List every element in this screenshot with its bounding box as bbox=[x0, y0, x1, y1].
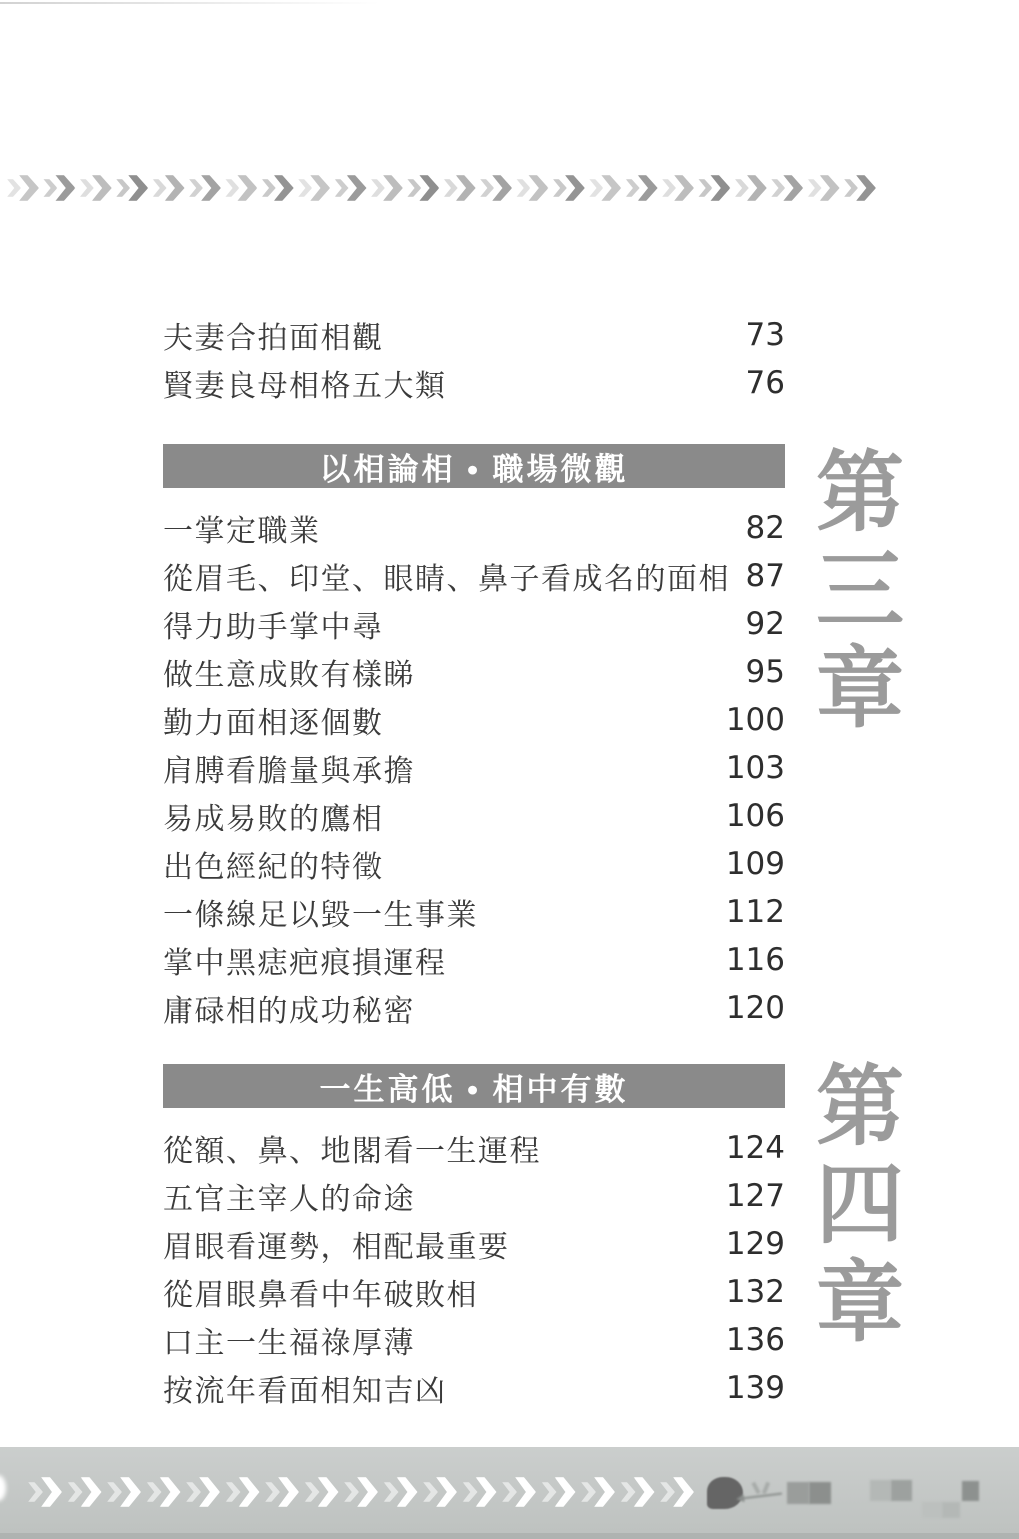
toc-row: 從眉眼鼻看中年破敗相132 bbox=[163, 1268, 785, 1316]
chevron-arrow-icon bbox=[334, 170, 370, 206]
chevron-arrow-icon bbox=[619, 1469, 659, 1515]
decorative-arrow-band-bottom bbox=[26, 1469, 706, 1515]
watermark-glyph-smudge bbox=[962, 1481, 979, 1501]
chevron-arrow-icon bbox=[303, 1469, 343, 1515]
toc-row: 一掌定職業82 bbox=[163, 504, 785, 552]
watermark-glyph-smudge bbox=[964, 1505, 977, 1523]
chapter-label-char: 章 bbox=[810, 1254, 910, 1352]
chevron-arrow-icon bbox=[500, 1469, 540, 1515]
toc-entry-page-number: 106 bbox=[726, 798, 785, 834]
toc-entry-title: 掌中黑痣疤痕損運程 bbox=[163, 938, 447, 982]
chevron-arrow-icon bbox=[6, 170, 42, 206]
chevron-arrow-icon bbox=[184, 1469, 224, 1515]
toc-row: 口主一生福祿厚薄136 bbox=[163, 1316, 785, 1364]
chevron-arrow-icon bbox=[261, 170, 297, 206]
toc-row: 按流年看面相知吉凶139 bbox=[163, 1364, 785, 1412]
watermark-pixel-block bbox=[870, 1480, 891, 1501]
chapter-label-char: 三 bbox=[810, 542, 910, 640]
chapter-label-char: 第 bbox=[810, 1058, 910, 1156]
chevron-arrow-icon bbox=[421, 1469, 461, 1515]
watermark-tick-mark bbox=[751, 1482, 760, 1494]
toc-row: 賢妻良母相格五大類76 bbox=[163, 359, 785, 407]
toc-row: 得力助手掌中尋92 bbox=[163, 600, 785, 648]
toc-section-header: 以相論相 • 職場微觀 bbox=[163, 444, 785, 488]
toc-entry-page-number: 92 bbox=[746, 606, 785, 642]
toc-intro-rows: 夫妻合拍面相觀73賢妻良母相格五大類76 bbox=[163, 311, 785, 407]
chevron-arrow-icon bbox=[734, 170, 770, 206]
chevron-arrow-icon bbox=[807, 170, 843, 206]
chapter-3-vertical-label: 第三章 bbox=[810, 444, 910, 738]
toc-entry-page-number: 73 bbox=[746, 317, 785, 353]
toc-entry-page-number: 87 bbox=[746, 558, 785, 594]
toc-row: 出色經紀的特徵109 bbox=[163, 840, 785, 888]
toc-entry-page-number: 120 bbox=[726, 990, 785, 1026]
toc-entry-title: 口主一生福祿厚薄 bbox=[163, 1318, 415, 1362]
blurred-watermark bbox=[690, 1447, 1019, 1539]
toc-row: 庸碌相的成功秘密120 bbox=[163, 984, 785, 1032]
watermark-pixel-block bbox=[787, 1482, 809, 1504]
toc-row: 一條線足以毀一生事業112 bbox=[163, 888, 785, 936]
toc-entry-page-number: 82 bbox=[746, 510, 785, 546]
toc-row: 從額、鼻、地閣看一生運程124 bbox=[163, 1124, 785, 1172]
toc-section: 一生高低 • 相中有數從額、鼻、地閣看一生運程124五官主宰人的命途127眉眼看… bbox=[163, 1064, 785, 1412]
toc-row: 肩膊看膽量與承擔103 bbox=[163, 744, 785, 792]
watermark-tick-mark bbox=[762, 1482, 770, 1495]
chevron-arrow-icon bbox=[26, 1469, 66, 1515]
toc-entry-title: 一條線足以毀一生事業 bbox=[163, 890, 478, 934]
chevron-arrow-icon bbox=[625, 170, 661, 206]
chevron-arrow-icon bbox=[188, 170, 224, 206]
book-toc-page: 夫妻合拍面相觀73賢妻良母相格五大類76 以相論相 • 職場微觀一掌定職業82從… bbox=[0, 0, 1019, 1539]
toc-entry-title: 按流年看面相知吉凶 bbox=[163, 1366, 447, 1410]
toc-row: 眉眼看運勢，相配最重要129 bbox=[163, 1220, 785, 1268]
toc-entry-title: 勤力面相逐個數 bbox=[163, 698, 384, 742]
toc-row: 從眉毛、印堂、眼睛、鼻子看成名的面相87 bbox=[163, 552, 785, 600]
chevron-arrow-icon bbox=[224, 170, 260, 206]
toc-entry-title: 肩膊看膽量與承擔 bbox=[163, 746, 415, 790]
watermark-pixel-block bbox=[942, 1502, 960, 1518]
toc-entry-title: 庸碌相的成功秘密 bbox=[163, 986, 415, 1030]
chevron-arrow-icon bbox=[145, 1469, 185, 1515]
toc-entry-title: 得力助手掌中尋 bbox=[163, 602, 384, 646]
toc-entry-title: 賢妻良母相格五大類 bbox=[163, 361, 447, 405]
chevron-arrow-icon bbox=[342, 1469, 382, 1515]
chevron-arrow-icon bbox=[297, 170, 333, 206]
chevron-arrow-icon bbox=[515, 170, 551, 206]
toc-row: 五官主宰人的命途127 bbox=[163, 1172, 785, 1220]
toc-section: 以相論相 • 職場微觀一掌定職業82從眉毛、印堂、眼睛、鼻子看成名的面相87得力… bbox=[163, 444, 785, 1032]
toc-entry-title: 五官主宰人的命途 bbox=[163, 1174, 415, 1218]
toc-entry-title: 從眉毛、印堂、眼睛、鼻子看成名的面相 bbox=[163, 554, 730, 598]
chapter-4-vertical-label: 第四章 bbox=[810, 1058, 910, 1352]
chevron-arrow-icon bbox=[770, 170, 806, 206]
chevron-arrow-icon bbox=[588, 170, 624, 206]
chevron-arrow-icon bbox=[79, 170, 115, 206]
decorative-arrow-band-top bbox=[6, 170, 886, 206]
toc-row: 易成易敗的鷹相106 bbox=[163, 792, 785, 840]
toc-entry-page-number: 116 bbox=[726, 942, 785, 978]
chevron-arrow-icon bbox=[579, 1469, 619, 1515]
toc-entry-title: 做生意成敗有樣睇 bbox=[163, 650, 415, 694]
toc-entry-title: 出色經紀的特徵 bbox=[163, 842, 384, 886]
chevron-arrow-icon bbox=[461, 1469, 501, 1515]
toc-row: 掌中黑痣疤痕損運程116 bbox=[163, 936, 785, 984]
chevron-arrow-icon bbox=[224, 1469, 264, 1515]
toc-entry-page-number: 124 bbox=[726, 1130, 785, 1166]
toc-entry-title: 眉眼看運勢，相配最重要 bbox=[163, 1222, 510, 1266]
chevron-arrow-icon bbox=[552, 170, 588, 206]
toc-entry-page-number: 127 bbox=[726, 1178, 785, 1214]
watermark-pixel-block bbox=[891, 1480, 912, 1501]
toc-entry-page-number: 136 bbox=[726, 1322, 785, 1358]
chevron-arrow-icon bbox=[42, 170, 78, 206]
toc-entry-page-number: 109 bbox=[726, 846, 785, 882]
toc-entry-page-number: 100 bbox=[726, 702, 785, 738]
toc-entry-page-number: 129 bbox=[726, 1226, 785, 1262]
chevron-arrow-icon bbox=[152, 170, 188, 206]
chevron-arrow-icon bbox=[370, 170, 406, 206]
chapter-label-char: 章 bbox=[810, 640, 910, 738]
chevron-arrow-icon bbox=[406, 170, 442, 206]
toc-entry-title: 一掌定職業 bbox=[163, 506, 321, 550]
chapter-label-char: 第 bbox=[810, 444, 910, 542]
chevron-arrow-icon bbox=[479, 170, 515, 206]
toc-entry-page-number: 139 bbox=[726, 1370, 785, 1406]
toc-entry-title: 夫妻合拍面相觀 bbox=[163, 313, 384, 357]
chevron-arrow-icon bbox=[382, 1469, 422, 1515]
watermark-dart-icon bbox=[742, 1493, 782, 1500]
toc-entry-title: 從眉眼鼻看中年破敗相 bbox=[163, 1270, 478, 1314]
chevron-arrow-icon bbox=[115, 170, 151, 206]
chevron-arrow-icon bbox=[263, 1469, 303, 1515]
chevron-arrow-icon bbox=[843, 170, 879, 206]
toc-row: 做生意成敗有樣睇95 bbox=[163, 648, 785, 696]
watermark-pixel-block bbox=[809, 1482, 831, 1504]
watermark-blob bbox=[0, 1475, 6, 1501]
chapter-label-char: 四 bbox=[810, 1156, 910, 1254]
chevron-arrow-icon bbox=[66, 1469, 106, 1515]
toc-section-header: 一生高低 • 相中有數 bbox=[163, 1064, 785, 1108]
toc-row: 勤力面相逐個數100 bbox=[163, 696, 785, 744]
chevron-arrow-icon bbox=[697, 170, 733, 206]
toc-sections: 以相論相 • 職場微觀一掌定職業82從眉毛、印堂、眼睛、鼻子看成名的面相87得力… bbox=[163, 444, 785, 1444]
chevron-arrow-icon bbox=[661, 170, 697, 206]
toc-row: 夫妻合拍面相觀73 bbox=[163, 311, 785, 359]
watermark-bubble-icon bbox=[707, 1477, 743, 1509]
scan-edge-hairline bbox=[0, 2, 380, 4]
toc-entry-page-number: 103 bbox=[726, 750, 785, 786]
toc-entry-page-number: 76 bbox=[746, 365, 785, 401]
watermark-pixel-block bbox=[922, 1502, 942, 1518]
chevron-arrow-icon bbox=[105, 1469, 145, 1515]
toc-entry-title: 從額、鼻、地閣看一生運程 bbox=[163, 1126, 541, 1170]
chevron-arrow-icon bbox=[540, 1469, 580, 1515]
toc-entry-page-number: 132 bbox=[726, 1274, 785, 1310]
toc-entry-page-number: 112 bbox=[726, 894, 785, 930]
footer-decoration-band bbox=[0, 1447, 1019, 1539]
toc-entry-page-number: 95 bbox=[746, 654, 785, 690]
toc-entry-title: 易成易敗的鷹相 bbox=[163, 794, 384, 838]
chevron-arrow-icon bbox=[443, 170, 479, 206]
